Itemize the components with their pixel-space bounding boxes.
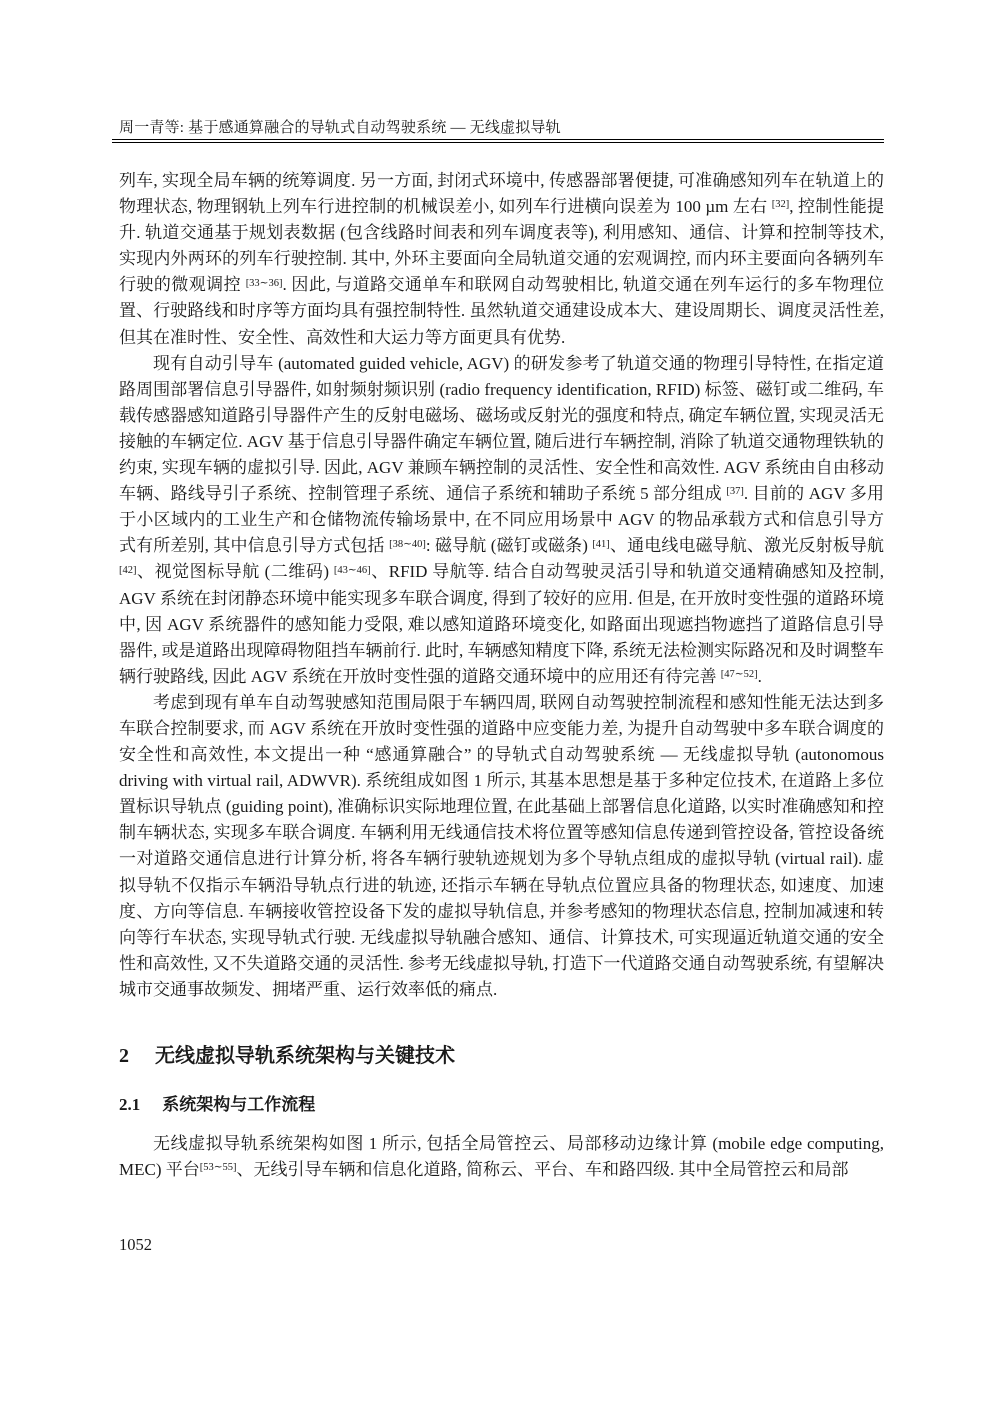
subsection-number: 2.1 (119, 1095, 140, 1114)
section-heading: 2无线虚拟导轨系统架构与关键技术 (119, 1043, 884, 1069)
citation-ref: [53∼55] (200, 1162, 237, 1173)
citation-ref: [32] (772, 199, 790, 210)
citation-ref: [41] (592, 539, 610, 550)
paragraph-2: 现有自动引导车 (automated guided vehicle, AGV) … (119, 351, 884, 690)
citation-ref: [33∼36] (246, 278, 283, 289)
paragraph-3: 考虑到现有单车自动驾驶感知范围局限于车辆四周, 联网自动驾驶控制流程和感知性能无… (119, 690, 884, 1003)
header-rule (112, 139, 884, 143)
running-head: 周一青等: 基于感通算融合的导轨式自动驾驶系统 — 无线虚拟导轨 (119, 116, 561, 137)
paragraph-4: 无线虚拟导轨系统架构如图 1 所示, 包括全局管控云、局部移动边缘计算 (mob… (119, 1131, 884, 1183)
citation-ref: [37] (726, 486, 744, 497)
citation-ref: [43∼46] (334, 565, 371, 576)
subsection-title: 系统架构与工作流程 (162, 1095, 315, 1114)
page-number: 1052 (119, 1235, 152, 1255)
citation-ref: [47∼52] (721, 669, 758, 680)
section-number: 2 (119, 1045, 129, 1067)
paragraph-1: 列车, 实现全局车辆的统筹调度. 另一方面, 封闭式环境中, 传感器部署便捷, … (119, 168, 884, 351)
subsection-heading: 2.1系统架构与工作流程 (119, 1094, 884, 1116)
citation-ref: [42] (119, 565, 137, 576)
section-title: 无线虚拟导轨系统架构与关键技术 (155, 1045, 455, 1067)
citation-ref: [38∼40] (389, 539, 426, 550)
page-body: 列车, 实现全局车辆的统筹调度. 另一方面, 封闭式环境中, 传感器部署便捷, … (119, 168, 884, 1183)
